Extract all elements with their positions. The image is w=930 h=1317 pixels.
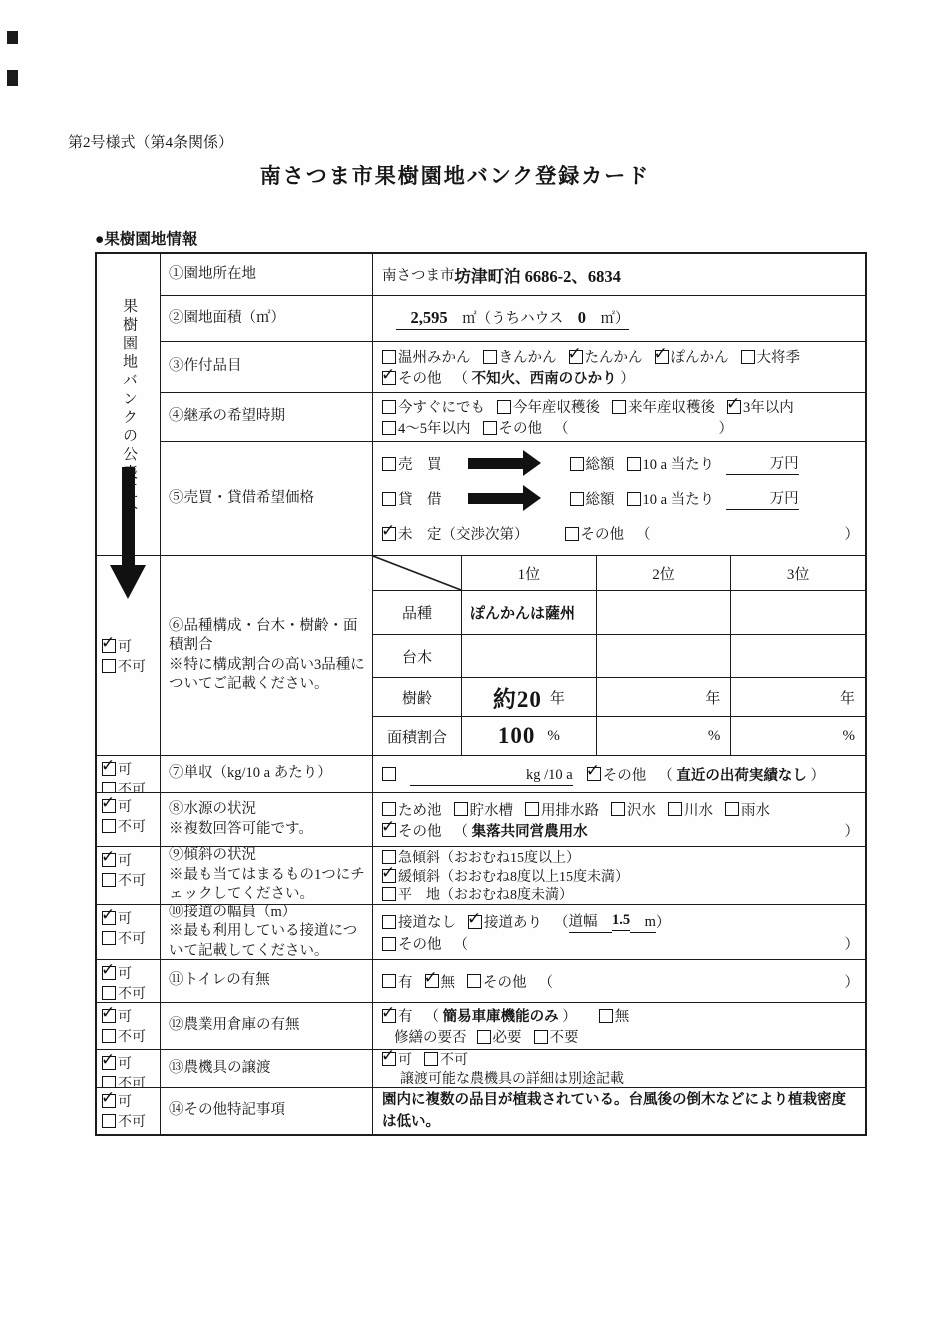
row-label-cell: ④継承の希望時期 xyxy=(161,393,373,442)
checkbox-checked-icon xyxy=(102,853,116,867)
checkbox-label: 可 xyxy=(118,963,132,983)
form-line: 可 xyxy=(102,908,158,928)
row-label-note: ※複数回答可能です。 xyxy=(169,820,369,840)
checkbox-label: 売 買 xyxy=(398,453,442,474)
row-content-cell: 今すぐにでも今年産収穫後来年産収穫後3年以内4～5年以内その他（） xyxy=(373,393,865,442)
row-content-cell: 有（ 簡易車庫機能のみ ）無修繕の要否必要不要 xyxy=(373,1003,865,1050)
publish-choice-cell: 可不可 xyxy=(97,960,161,1003)
subtable-cell xyxy=(596,634,731,677)
row-label: ⑪トイレの有無 xyxy=(169,971,369,991)
down-arrow-icon xyxy=(110,467,147,599)
right-arrow-icon xyxy=(468,458,524,469)
checkbox-label: 無 xyxy=(441,971,456,992)
checkbox-item: 不可 xyxy=(102,870,146,890)
form-line: 温州みかんきんかんたんかんぽんかん大将季 xyxy=(382,346,859,367)
form-line: ため池貯水槽用排水路沢水川水雨水 xyxy=(382,799,859,820)
text-value: （ xyxy=(554,911,569,932)
text-value: 6686-2、6834 xyxy=(521,263,621,287)
checkbox-unchecked-icon xyxy=(102,1029,116,1043)
scanned-form-page: 第2号様式（第4条関係） 南さつま市果樹園地バンク登録カード ●果樹園地情報 果… xyxy=(0,0,930,1317)
subtable-row-header: 樹齢 xyxy=(373,677,461,716)
checkbox-item: その他 xyxy=(382,367,442,388)
form-line: 接道なし接道あり（道幅 1.5 m） xyxy=(382,910,859,933)
subtable-cell xyxy=(730,634,865,677)
checkbox-checked-icon xyxy=(382,823,396,837)
form-line: 可 xyxy=(102,796,158,816)
text-value: ） xyxy=(559,1005,577,1026)
checkbox-item: 可 xyxy=(102,850,132,870)
row-content-cell: kg /10 aその他（ 直近の出荷実績なし ） xyxy=(373,756,865,793)
subtable-cell xyxy=(730,590,865,634)
checkbox-label: 4～5年以内 xyxy=(398,417,471,438)
checkbox-label: 緩傾斜（おおむね8度以上15度未満） xyxy=(398,866,629,886)
checkbox-unchecked-icon xyxy=(483,350,497,364)
checkbox-label: 平 地（おおむね8度未満） xyxy=(398,884,573,904)
row-label: ⑦単収（kg/10 a あたり） xyxy=(169,764,369,784)
checkbox-item: 緩傾斜（おおむね8度以上15度未満） xyxy=(382,866,629,886)
checkbox-item: 用排水路 xyxy=(525,799,599,820)
checkbox-label: 沢水 xyxy=(627,799,656,820)
text-value: 年 xyxy=(705,687,720,708)
row-content-cell: 可不可譲渡可能な農機具の詳細は別途記載 xyxy=(373,1050,865,1088)
subtable-row-header: 品種 xyxy=(373,590,461,634)
checkbox-label: 3年以内 xyxy=(743,396,794,417)
row-label-note: ※最も利用している接道について記載してください。 xyxy=(169,922,369,960)
checkbox-unchecked-icon xyxy=(382,887,396,901)
checkbox-label: 不可 xyxy=(118,870,146,890)
form-line: 緩傾斜（おおむね8度以上15度未満） xyxy=(382,866,859,885)
row-label: ⑭その他特記事項 xyxy=(169,1101,369,1121)
form-line: 2,595 ㎡（うちハウス 0 ㎡） xyxy=(382,307,859,330)
text-value: 年 xyxy=(840,687,855,708)
checkbox-item: 可 xyxy=(102,908,132,928)
row-content-cell: 有無その他（） xyxy=(373,960,865,1003)
text-value: ） xyxy=(656,911,671,932)
checkbox-label: 総額 xyxy=(586,453,615,474)
checkbox-item: きんかん xyxy=(483,346,557,367)
row-label: ⑧水源の状況 xyxy=(169,800,369,820)
publish-choice-cell: 可不可 xyxy=(97,756,161,793)
checkbox-item xyxy=(382,767,398,781)
subtable-col-header: 1位 xyxy=(461,556,596,590)
checkbox-item: 無 xyxy=(425,971,456,992)
form-line: その他（） xyxy=(382,933,859,954)
checkbox-unchecked-icon xyxy=(102,1076,116,1088)
checkbox-label: 貯水槽 xyxy=(470,799,514,820)
checkbox-item: 可 xyxy=(102,1091,132,1111)
text-value: ） xyxy=(845,820,860,841)
text-value: 約20 xyxy=(493,681,542,714)
checkbox-unchecked-icon xyxy=(612,400,626,414)
text-value: ㎡（うちハウス xyxy=(448,307,578,330)
checkbox-label: 今すぐにでも xyxy=(398,396,485,417)
checkbox-unchecked-icon xyxy=(627,492,641,506)
checkbox-item: 不可 xyxy=(102,656,146,676)
publish-choice-cell: 可不可 xyxy=(97,1003,161,1050)
checkbox-checked-icon xyxy=(102,911,116,925)
text-value: 簡易車庫機能のみ xyxy=(443,1005,559,1026)
row-label: ⑤売買・貸借希望価格 xyxy=(169,489,369,509)
checkbox-label: きんかん xyxy=(499,346,557,367)
form-line: 修繕の要否必要不要 xyxy=(382,1026,859,1047)
subtable-cell: ぽんかんは薩州 xyxy=(461,590,596,634)
text-value: % xyxy=(708,728,721,745)
checkbox-label: 貸 借 xyxy=(398,488,442,509)
checkbox-item: 貸 借 xyxy=(382,488,442,509)
text-value: 園内に複数の品目が植栽されている。台風後の倒木などにより植栽密度は低い。 xyxy=(382,1090,859,1133)
checkbox-item: 不可 xyxy=(102,1073,146,1088)
checkbox-unchecked-icon xyxy=(565,527,579,541)
subtable-cell: 年 xyxy=(596,677,731,716)
subtable-cell: 年 xyxy=(730,677,865,716)
subtable-cell xyxy=(461,634,596,677)
checkbox-checked-icon xyxy=(727,400,741,414)
checkbox-unchecked-icon xyxy=(382,350,396,364)
checkbox-unchecked-icon xyxy=(741,350,755,364)
text-value: ） xyxy=(845,933,860,954)
text-value: 南さつま市 xyxy=(382,264,455,285)
text-value: （ xyxy=(539,971,554,992)
row-content-cell: 接道なし接道あり（道幅 1.5 m）その他（） xyxy=(373,905,865,960)
checkbox-checked-icon xyxy=(382,527,396,541)
checkbox-label: 無 xyxy=(615,1005,630,1026)
checkbox-label: その他 xyxy=(581,523,625,544)
checkbox-label: 不可 xyxy=(118,1026,146,1046)
subtable-col-header: 2位 xyxy=(596,556,731,590)
checkbox-item: 急傾斜（おおむね15度以上） xyxy=(382,847,580,867)
text-value: 年 xyxy=(550,687,565,708)
checkbox-unchecked-icon xyxy=(454,802,468,816)
checkbox-label: 可 xyxy=(118,850,132,870)
row-content-cell: 急傾斜（おおむね15度以上）緩傾斜（おおむね8度以上15度未満）平 地（おおむね… xyxy=(373,847,865,905)
text-value: 坊津町泊 xyxy=(455,263,521,287)
checkbox-label: 可 xyxy=(118,759,132,779)
checkbox-label: その他 xyxy=(499,417,543,438)
checkbox-label: 総額 xyxy=(586,488,615,509)
checkbox-item: 不可 xyxy=(102,1111,146,1131)
checkbox-label: 可 xyxy=(118,1053,132,1073)
checkbox-label: たんかん xyxy=(585,346,643,367)
form-line: 急傾斜（おおむね15度以上） xyxy=(382,848,859,867)
row-label: ③作付品目 xyxy=(169,357,369,377)
checkbox-item: その他 xyxy=(565,523,625,544)
form-line: 園内に複数の品目が植栽されている。台風後の倒木などにより植栽密度は低い。 xyxy=(382,1090,859,1132)
text-value: ） xyxy=(807,764,825,785)
checkbox-label: 不可 xyxy=(118,656,146,676)
form-grid: 果樹園地バンクの公表区分 ①園地所在地南さつま市坊津町泊 6686-2、6834… xyxy=(97,254,865,1134)
row-label-cell: ⑨傾斜の状況※最も当てはまるもの1つにチェックしてください。 xyxy=(161,847,373,905)
text-value: 100 xyxy=(498,723,536,749)
checkbox-unchecked-icon xyxy=(102,931,116,945)
text-value: 直近の出荷実績なし xyxy=(676,764,807,785)
variety-subtable: 1位2位3位品種ぽんかんは薩州台木樹齢約20年年年面積割合100%%% xyxy=(373,556,865,755)
row-label-cell: ⑭その他特記事項 xyxy=(161,1088,373,1134)
checkbox-unchecked-icon xyxy=(497,400,511,414)
row-content-cell: 温州みかんきんかんたんかんぽんかん大将季その他（ 不知火、西南のひかり ） xyxy=(373,342,865,393)
checkbox-item: 温州みかん xyxy=(382,346,471,367)
checkbox-unchecked-icon xyxy=(102,986,116,1000)
row-label-cell: ⑤売買・貸借希望価格 xyxy=(161,442,373,556)
form-line: 可 xyxy=(102,1006,158,1026)
checkbox-unchecked-icon xyxy=(382,802,396,816)
checkbox-unchecked-icon xyxy=(382,457,396,471)
checkbox-label: 用排水路 xyxy=(541,799,599,820)
checkbox-item: 今年産収穫後 xyxy=(497,396,600,417)
checkbox-label: 不可 xyxy=(118,779,146,793)
publish-choice-cell: 可不可 xyxy=(97,1088,161,1134)
checkbox-item: 可 xyxy=(102,796,132,816)
checkbox-item: 可 xyxy=(102,1006,132,1026)
checkbox-item: 貯水槽 xyxy=(454,799,514,820)
row-label: ②園地面積（㎡） xyxy=(169,309,369,329)
checkbox-unchecked-icon xyxy=(102,873,116,887)
checkbox-checked-icon xyxy=(102,1009,116,1023)
checkbox-unchecked-icon xyxy=(668,802,682,816)
checkbox-unchecked-icon xyxy=(627,457,641,471)
checkbox-item: 総額 xyxy=(570,488,615,509)
subtable-col-header: 3位 xyxy=(730,556,865,590)
publish-choice-cell: 可不可 xyxy=(97,847,161,905)
checkbox-label: ため池 xyxy=(398,799,442,820)
text-value: m xyxy=(630,910,656,933)
form-line: 不可 xyxy=(102,928,158,948)
form-line: 可 xyxy=(102,1091,158,1111)
checkbox-item: その他 xyxy=(382,933,442,954)
checkbox-label: 急傾斜（おおむね15度以上） xyxy=(398,847,580,867)
checkbox-label: 未 定（交渉次第） xyxy=(398,523,529,544)
row-label-cell: ③作付品目 xyxy=(161,342,373,393)
checkbox-label: その他 xyxy=(398,367,442,388)
checkbox-label: 不可 xyxy=(440,1050,468,1069)
checkbox-checked-icon xyxy=(382,869,396,883)
form-line: 可 xyxy=(102,1053,158,1073)
checkbox-item: 可 xyxy=(102,1053,132,1073)
text-value: 万円 xyxy=(726,487,799,510)
checkbox-item: 沢水 xyxy=(611,799,656,820)
row-content-cell: 2,595 ㎡（うちハウス 0 ㎡） xyxy=(373,296,865,342)
text-value: （ xyxy=(454,367,472,388)
section-heading: ●果樹園地情報 xyxy=(95,227,197,249)
row-label-cell: ⑬農機具の譲渡 xyxy=(161,1050,373,1088)
checkbox-unchecked-icon xyxy=(382,400,396,414)
form-line: 有無その他（） xyxy=(382,971,859,992)
checkbox-item: 接道あり xyxy=(468,911,542,932)
subtable-corner-cell xyxy=(373,556,461,590)
checkbox-item: 不可 xyxy=(424,1050,468,1069)
text-value: % xyxy=(547,728,560,745)
checkbox-item: 接道なし xyxy=(382,911,456,932)
row-content-cell: 1位2位3位品種ぽんかんは薩州台木樹齢約20年年年面積割合100%%% xyxy=(373,556,865,756)
checkbox-checked-icon xyxy=(569,350,583,364)
form-line: 可 xyxy=(102,636,158,656)
checkbox-checked-icon xyxy=(468,915,482,929)
checkbox-unchecked-icon xyxy=(382,767,396,781)
checkbox-label: 有 xyxy=(398,1005,413,1026)
checkbox-item: 3年以内 xyxy=(727,396,794,417)
checkbox-label: 必要 xyxy=(493,1026,522,1047)
page-title: 南さつま市果樹園地バンク登録カード xyxy=(0,160,910,190)
checkbox-unchecked-icon xyxy=(534,1030,548,1044)
checkbox-item: 10 a 当たり xyxy=(627,453,715,474)
checkbox-item: その他 xyxy=(467,971,527,992)
checkbox-label: 不可 xyxy=(118,1073,146,1088)
subtable-cell: 100% xyxy=(461,716,596,755)
form-line: 南さつま市坊津町泊 6686-2、6834 xyxy=(382,263,859,287)
row-content-cell: ため池貯水槽用排水路沢水川水雨水その他（ 集落共同営農用水） xyxy=(373,793,865,847)
subtable-cell xyxy=(596,590,731,634)
checkbox-unchecked-icon xyxy=(483,421,497,435)
form-line: 不可 xyxy=(102,779,158,793)
row-content-cell: 園内に複数の品目が植栽されている。台風後の倒木などにより植栽密度は低い。 xyxy=(373,1088,865,1134)
checkbox-label: 雨水 xyxy=(741,799,770,820)
row-label: ④継承の希望時期 xyxy=(169,407,369,427)
text-value: 不知火、西南のひかり xyxy=(472,367,617,388)
form-line: 未 定（交渉次第）その他（） xyxy=(382,516,859,551)
checkbox-label: ぽんかん xyxy=(671,346,729,367)
text-value: ） xyxy=(845,523,860,544)
row-label-cell: ⑩接道の幅員（m）※最も利用している接道について記載してください。 xyxy=(161,905,373,960)
scan-artifact-mark xyxy=(7,31,18,44)
row-label-cell: ⑦単収（kg/10 a あたり） xyxy=(161,756,373,793)
checkbox-item: 不可 xyxy=(102,1026,146,1046)
checkbox-unchecked-icon xyxy=(382,937,396,951)
checkbox-item: 4～5年以内 xyxy=(382,417,471,438)
form-line: 不可 xyxy=(102,983,158,1003)
checkbox-unchecked-icon xyxy=(477,1030,491,1044)
row-label-cell: ①園地所在地 xyxy=(161,254,373,296)
row-label-cell: ⑪トイレの有無 xyxy=(161,960,373,1003)
form-line: 不可 xyxy=(102,656,158,676)
checkbox-label: 今年産収穫後 xyxy=(513,396,600,417)
text-value: 道幅 xyxy=(569,910,613,933)
checkbox-unchecked-icon xyxy=(599,1009,613,1023)
checkbox-item: 今すぐにでも xyxy=(382,396,485,417)
row-label-cell: ⑫農業用倉庫の有無 xyxy=(161,1003,373,1050)
checkbox-label: 不可 xyxy=(118,983,146,1003)
form-line: 不可 xyxy=(102,870,158,890)
form-line: その他（ 不知火、西南のひかり ） xyxy=(382,367,859,388)
checkbox-label: 不可 xyxy=(118,1111,146,1131)
text-value: （ xyxy=(425,1005,443,1026)
checkbox-item: 有 xyxy=(382,1005,413,1026)
text-value: kg /10 a xyxy=(410,763,573,786)
form-line: 可 xyxy=(102,759,158,779)
checkbox-item: ぽんかん xyxy=(655,346,729,367)
checkbox-unchecked-icon xyxy=(525,802,539,816)
row-content-cell: 南さつま市坊津町泊 6686-2、6834 xyxy=(373,254,865,296)
form-line: 有（ 簡易車庫機能のみ ）無 xyxy=(382,1005,859,1026)
row-label: ①園地所在地 xyxy=(169,265,369,285)
row-label: ⑨傾斜の状況 xyxy=(169,847,369,866)
row-content-cell: 売 買総額10 a 当たり 万円貸 借総額10 a 当たり 万円未 定（交渉次第… xyxy=(373,442,865,556)
text-value: （ xyxy=(658,764,676,785)
form-line: 貸 借総額10 a 当たり 万円 xyxy=(382,481,859,516)
orchard-info-table: 果樹園地バンクの公表区分 ①園地所在地南さつま市坊津町泊 6686-2、6834… xyxy=(95,252,867,1136)
checkbox-label: 川水 xyxy=(684,799,713,820)
row-label: ⑬農機具の譲渡 xyxy=(169,1059,369,1079)
checkbox-label: その他 xyxy=(398,820,442,841)
checkbox-item: 無 xyxy=(599,1005,630,1026)
checkbox-checked-icon xyxy=(382,371,396,385)
row-label-note: ※最も当てはまるもの1つにチェックしてください。 xyxy=(169,866,369,905)
scan-artifact-mark xyxy=(7,70,18,86)
checkbox-checked-icon xyxy=(587,767,601,781)
text-value: 譲渡可能な農機具の詳細は別途記載 xyxy=(400,1068,624,1088)
subtable-cell: % xyxy=(596,716,731,755)
checkbox-item: 平 地（おおむね8度未満） xyxy=(382,884,573,904)
checkbox-label: 可 xyxy=(118,908,132,928)
text-value: （ xyxy=(454,933,469,954)
checkbox-item: その他 xyxy=(587,764,647,785)
checkbox-label: 10 a 当たり xyxy=(643,453,715,474)
checkbox-checked-icon xyxy=(102,1056,116,1070)
publish-choice-cell: 可不可 xyxy=(97,793,161,847)
text-value: % xyxy=(843,728,856,745)
checkbox-unchecked-icon xyxy=(102,819,116,833)
form-line: 可 xyxy=(102,850,158,870)
checkbox-checked-icon xyxy=(382,1009,396,1023)
checkbox-label: 不可 xyxy=(118,816,146,836)
row-label: ⑫農業用倉庫の有無 xyxy=(169,1016,369,1036)
checkbox-label: 有 xyxy=(398,971,413,992)
checkbox-unchecked-icon xyxy=(102,782,116,793)
checkbox-item: その他 xyxy=(382,820,442,841)
text-value: 修繕の要否 xyxy=(394,1026,467,1047)
text-value: ） xyxy=(719,417,734,438)
checkbox-unchecked-icon xyxy=(570,457,584,471)
text-value: （ xyxy=(554,417,569,438)
checkbox-item: 必要 xyxy=(477,1026,522,1047)
form-line: 可不可 xyxy=(382,1050,859,1069)
checkbox-checked-icon xyxy=(425,974,439,988)
checkbox-unchecked-icon xyxy=(382,421,396,435)
checkbox-label: 可 xyxy=(118,636,132,656)
checkbox-item: 不可 xyxy=(102,983,146,1003)
row-label-note: ※特に構成割合の高い3品種についてご記載ください。 xyxy=(169,656,369,695)
checkbox-label: 温州みかん xyxy=(398,346,471,367)
form-line: 可 xyxy=(102,963,158,983)
form-line: その他（ 集落共同営農用水） xyxy=(382,820,859,841)
checkbox-checked-icon xyxy=(102,799,116,813)
text-value: 集落共同営農用水 xyxy=(472,820,588,841)
checkbox-item: 来年産収穫後 xyxy=(612,396,715,417)
subtable-row-header: 台木 xyxy=(373,634,461,677)
text-value: ㎡） xyxy=(586,307,630,330)
checkbox-item: 川水 xyxy=(668,799,713,820)
row-label-cell: ⑥品種構成・台木・樹齢・面積割合※特に構成割合の高い3品種についてご記載ください… xyxy=(161,556,373,756)
checkbox-label: 可 xyxy=(398,1050,412,1069)
text-value: （ xyxy=(636,523,651,544)
row-label: ⑥品種構成・台木・樹齢・面積割合 xyxy=(169,617,369,656)
checkbox-label: 不要 xyxy=(550,1026,579,1047)
checkbox-item: 未 定（交渉次第） xyxy=(382,523,529,544)
checkbox-item: 有 xyxy=(382,971,413,992)
subtable-row-header: 面積割合 xyxy=(373,716,461,755)
checkbox-label: 不可 xyxy=(118,928,146,948)
text-value: 0 xyxy=(578,308,586,330)
form-number: 第2号様式（第4条関係） xyxy=(68,131,233,152)
text-value: ぽんかんは薩州 xyxy=(470,602,575,623)
checkbox-label: その他 xyxy=(483,971,527,992)
form-line: 今すぐにでも今年産収穫後来年産収穫後3年以内 xyxy=(382,396,859,417)
checkbox-label: 10 a 当たり xyxy=(643,488,715,509)
publish-choice-cell: 可不可 xyxy=(97,905,161,960)
checkbox-checked-icon xyxy=(102,639,116,653)
diagonal-line xyxy=(373,556,461,590)
form-line: 不可 xyxy=(102,816,158,836)
checkbox-item: 大将季 xyxy=(741,346,801,367)
checkbox-label: 可 xyxy=(118,1006,132,1026)
